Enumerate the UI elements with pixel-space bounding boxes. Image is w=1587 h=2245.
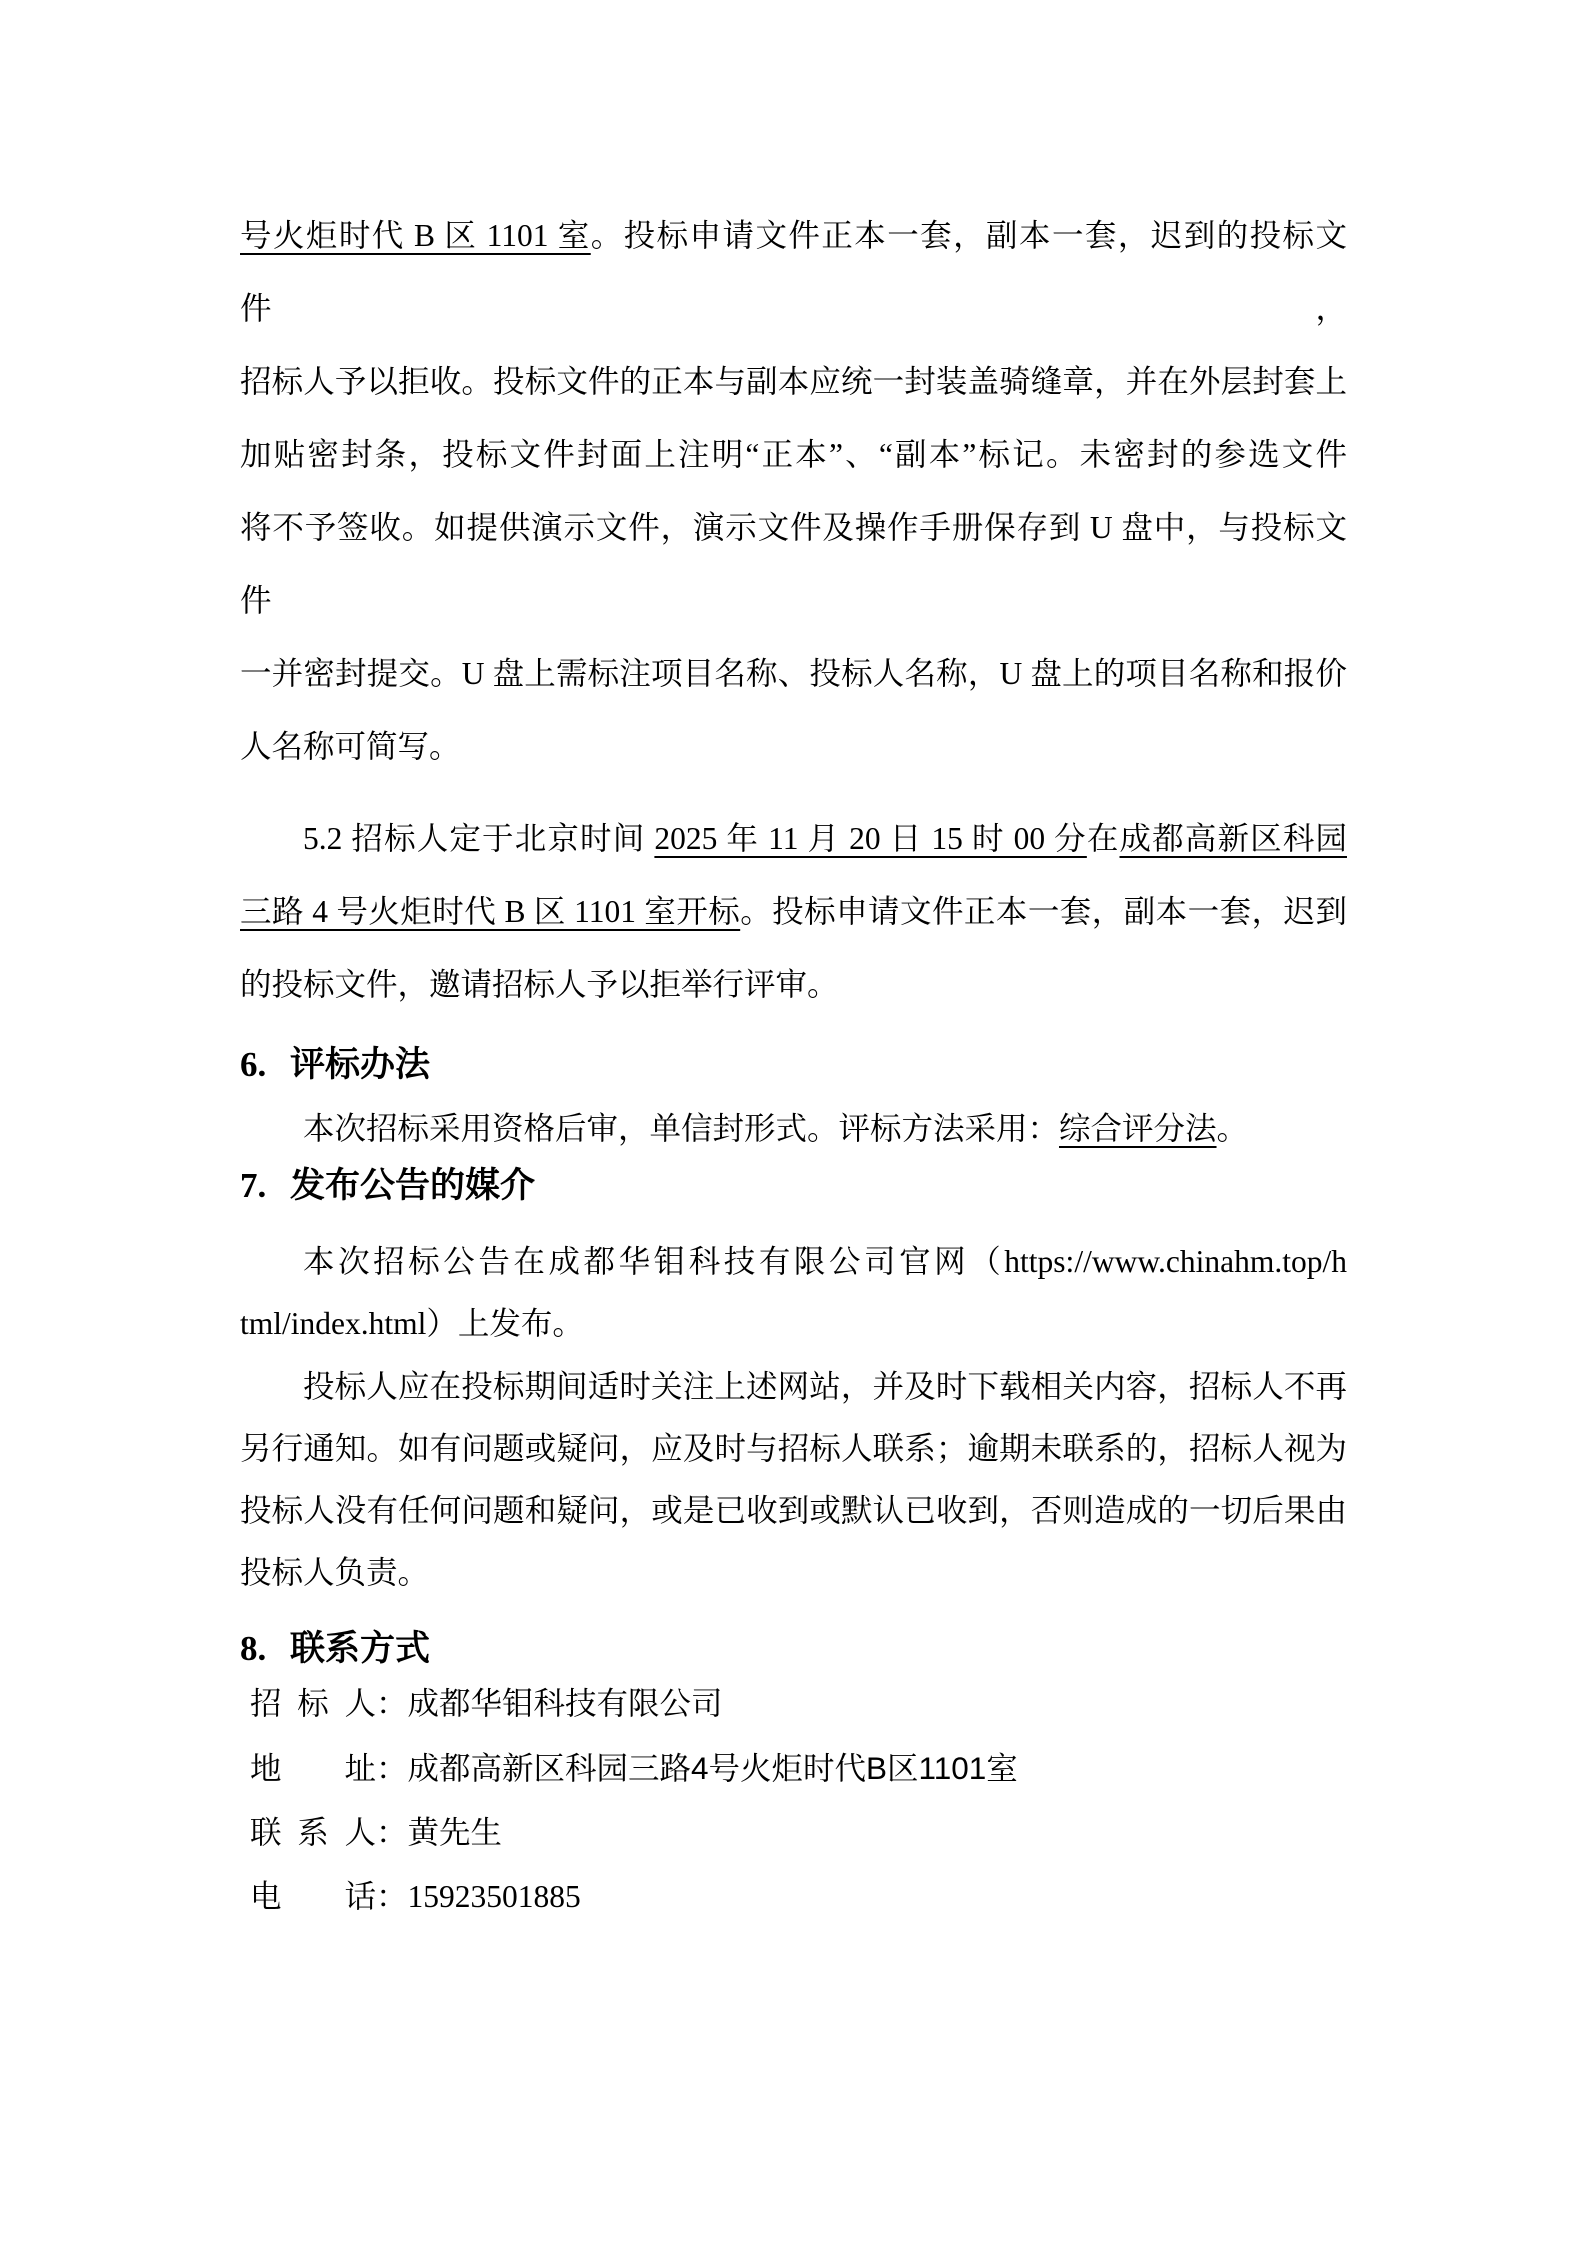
text-segment: 一并密封提交。U 盘上需标注项目名称、投标人名称，U 盘上的项目名称和报价 (240, 656, 1347, 691)
document-page: 号火炬时代 B 区 1101 室。投标申请文件正本一套，副本一套，迟到的投标文件… (0, 0, 1587, 2245)
contact-row: 联 系 人：黄先生 (240, 1801, 1347, 1865)
underlined-text: 号火炬时代 B 区 1101 室 (240, 218, 591, 253)
text-line: 另行通知。如有问题或疑问，应及时与招标人联系；逾期未联系的，招标人视为 (240, 1418, 1347, 1480)
text-segment: tml/index.html）上发布。 (240, 1306, 584, 1341)
contact-label: 电 话： (250, 1879, 408, 1914)
section-heading: 6.评标办法 (240, 1042, 1347, 1088)
text-segment: 投标人负责。 (240, 1555, 429, 1590)
text-line: 将不予签收。如提供演示文件，演示文件及操作手册保存到 U 盘中，与投标文件 (240, 491, 1347, 637)
text-line: 加贴密封条，投标文件封面上注明“正本”、“副本”标记。未密封的参选文件 (240, 418, 1347, 491)
text-line: 本次招标公告在成都华钼科技有限公司官网（https://www.chinahm.… (240, 1231, 1347, 1293)
text-line: 号火炬时代 B 区 1101 室。投标申请文件正本一套，副本一套，迟到的投标文件… (240, 199, 1347, 345)
contact-value: 黄先生 (408, 1815, 503, 1850)
text-segment: 招标人予以拒收。投标文件的正本与副本应统一封装盖骑缝章，并在外层封套上 (240, 364, 1347, 399)
text-line: 三路 4 号火炬时代 B 区 1101 室开标。投标申请文件正本一套，副本一套，… (240, 875, 1347, 948)
underlined-text: 三路 4 号火炬时代 B 区 1101 室开标 (240, 894, 740, 929)
contact-value: 成都华钼科技有限公司 (408, 1686, 723, 1721)
contact-value: 15923501885 (408, 1879, 581, 1914)
text-segment: 将不予签收。如提供演示文件，演示文件及操作手册保存到 U 盘中，与投标文件 (240, 510, 1347, 618)
text-segment: 投标人没有任何问题和疑问，或是已收到或默认已收到，否则造成的一切后果由 (240, 1493, 1347, 1528)
heading-number: 7. (240, 1163, 290, 1209)
text-line: 5.2 招标人定于北京时间 2025 年 11 月 20 日 15 时 00 分… (240, 802, 1347, 875)
text-line: 本次招标采用资格后审，单信封形式。评标方法采用：综合评分法。 (240, 1098, 1347, 1160)
contact-row: 地 址：成都高新区科园三路4号火炬时代B区1101室 (240, 1736, 1347, 1801)
underlined-text: 综合评分法 (1059, 1111, 1217, 1146)
paragraph: 本次招标采用资格后审，单信封形式。评标方法采用：综合评分法。 (240, 1098, 1347, 1160)
underlined-text: 成都高新区科园 (1120, 821, 1347, 856)
text-segment: 投标人应在投标期间适时关注上述网站，并及时下载相关内容，招标人不再 (303, 1369, 1347, 1404)
heading-number: 8. (240, 1626, 290, 1672)
section-heading: 8.联系方式 (240, 1626, 1347, 1672)
contact-label: 招 标 人： (250, 1686, 408, 1721)
text-line: 招标人予以拒收。投标文件的正本与副本应统一封装盖骑缝章，并在外层封套上 (240, 345, 1347, 418)
text-line: 的投标文件，邀请招标人予以拒举行评审。 (240, 948, 1347, 1021)
text-segment: 另行通知。如有问题或疑问，应及时与招标人联系；逾期未联系的，招标人视为 (240, 1431, 1347, 1466)
text-line: tml/index.html）上发布。 (240, 1293, 1347, 1355)
underlined-text: 2025 年 11 月 20 日 15 时 00 分 (654, 821, 1086, 856)
paragraph: 投标人应在投标期间适时关注上述网站，并及时下载相关内容，招标人不再另行通知。如有… (240, 1356, 1347, 1604)
text-segment: 本次招标采用资格后审，单信封形式。评标方法采用： (303, 1111, 1059, 1146)
text-segment: 本次招标公告在成都华钼科技有限公司官网（https://www.chinahm.… (303, 1244, 1347, 1279)
paragraph: 本次招标公告在成都华钼科技有限公司官网（https://www.chinahm.… (240, 1231, 1347, 1355)
contact-label: 地 址： (250, 1751, 408, 1786)
text-segment: 在 (1087, 821, 1120, 856)
contact-label: 联 系 人： (250, 1815, 408, 1850)
contact-value: 成都高新区科园三路4号火炬时代B区1101室 (408, 1750, 1018, 1786)
text-segment: 。投标申请文件正本一套，副本一套，迟到 (740, 894, 1347, 929)
text-segment: 加贴密封条，投标文件封面上注明“正本”、“副本”标记。未密封的参选文件 (240, 437, 1347, 472)
section-heading: 7.发布公告的媒介 (240, 1163, 1347, 1209)
text-segment: 人名称可简写。 (240, 729, 461, 764)
heading-number: 6. (240, 1042, 290, 1088)
text-line: 一并密封提交。U 盘上需标注项目名称、投标人名称，U 盘上的项目名称和报价 (240, 637, 1347, 710)
paragraph: 5.2 招标人定于北京时间 2025 年 11 月 20 日 15 时 00 分… (240, 802, 1347, 1021)
heading-title: 评标办法 (290, 1045, 430, 1084)
paragraph: 号火炬时代 B 区 1101 室。投标申请文件正本一套，副本一套，迟到的投标文件… (240, 199, 1347, 783)
heading-title: 发布公告的媒介 (290, 1166, 535, 1205)
contact-row: 电 话：15923501885 (240, 1865, 1347, 1929)
text-segment: 5.2 招标人定于北京时间 (303, 821, 654, 856)
text-segment: 。 (1217, 1111, 1249, 1146)
text-line: 人名称可简写。 (240, 710, 1347, 783)
text-segment: 的投标文件，邀请招标人予以拒举行评审。 (240, 967, 839, 1002)
doc-content: 号火炬时代 B 区 1101 室。投标申请文件正本一套，副本一套，迟到的投标文件… (240, 0, 1347, 1929)
heading-title: 联系方式 (290, 1629, 430, 1668)
text-line: 投标人应在投标期间适时关注上述网站，并及时下载相关内容，招标人不再 (240, 1356, 1347, 1418)
text-line: 投标人负责。 (240, 1542, 1347, 1604)
text-line: 投标人没有任何问题和疑问，或是已收到或默认已收到，否则造成的一切后果由 (240, 1480, 1347, 1542)
contact-row: 招 标 人：成都华钼科技有限公司 (240, 1672, 1347, 1736)
